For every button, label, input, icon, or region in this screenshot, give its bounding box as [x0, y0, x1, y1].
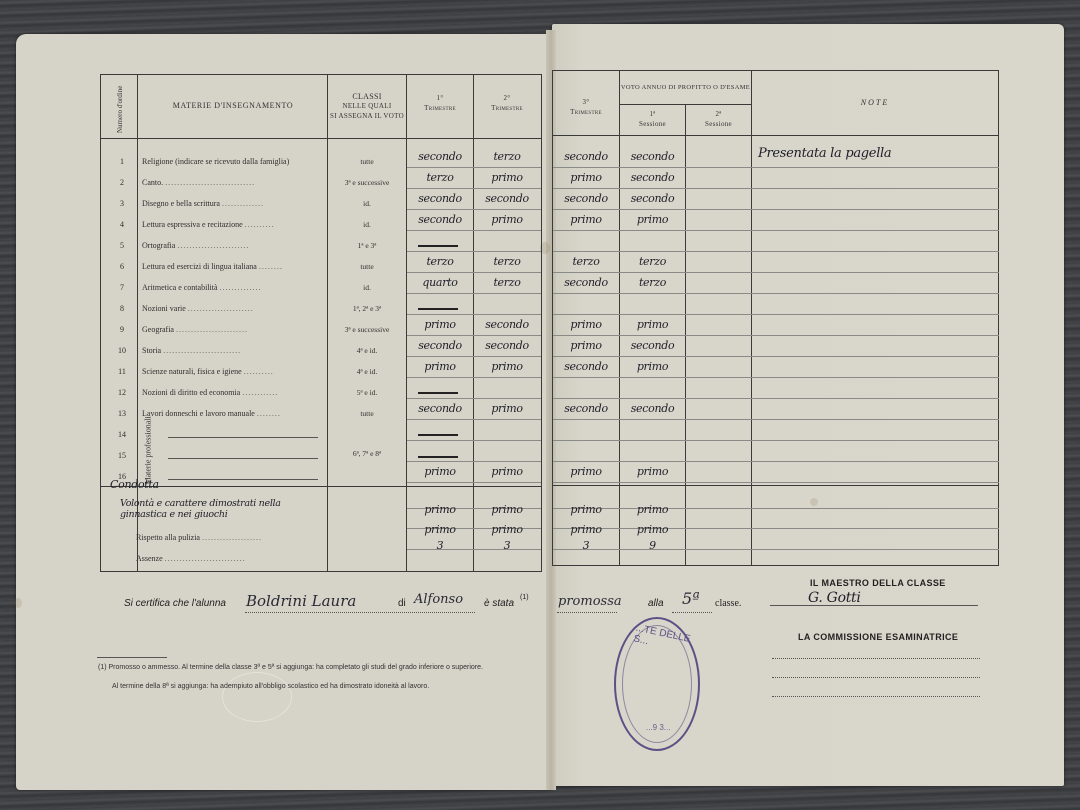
note-text: Presentata la pagella — [758, 146, 918, 161]
grade-t1: secondo — [407, 150, 473, 163]
header-note: NOTE — [752, 98, 998, 107]
header-numero: Numero d'ordine — [116, 77, 124, 133]
grade-t2: terzo — [474, 150, 540, 163]
maestro-label: IL MAESTRO DELLA CLASSE — [810, 578, 946, 588]
absences-t2: 3 — [474, 539, 540, 552]
volonta-handwritten: Volontà e carattere dimostrati nella gin… — [120, 498, 330, 520]
class-value: 5ª — [682, 589, 700, 608]
blank-grade-dash — [418, 434, 458, 436]
grade-s1: secondo — [620, 150, 685, 163]
header-voto-annuo: VOTO ANNUO DI PROFITTO O D'ESAME — [620, 83, 751, 92]
header-trim3: Trimestre — [553, 108, 619, 117]
embossed-seal — [222, 672, 292, 722]
absences-t1: 3 — [407, 539, 473, 552]
header-trim2: Trimestre — [474, 104, 540, 113]
header-materie: MATERIE D'INSEGNAMENTO — [140, 101, 326, 110]
absences-s1: 9 — [620, 539, 685, 552]
outcome: promossa — [558, 594, 622, 609]
commissione-label: LA COMMISSIONE ESAMINATRICE — [798, 632, 958, 642]
header-classi: CLASSI — [328, 92, 406, 101]
condotta-handwritten: Condotta — [110, 478, 180, 491]
materie-professionali-label: Materie professionali — [144, 425, 153, 485]
student-name: Boldrini Laura — [246, 592, 356, 610]
blank-grade-dash — [418, 308, 458, 310]
header-sess1: Sessione — [620, 120, 685, 129]
blank-grade-dash — [418, 245, 458, 247]
blank-grade-dash — [418, 392, 458, 394]
father-name: Alfonso — [414, 592, 463, 607]
school-stamp: ...TE DELLE S... ...9 3... — [614, 617, 700, 751]
maestro-signature: G. Gotti — [808, 590, 918, 606]
grade-t3: secondo — [553, 150, 619, 163]
header-trim1: Trimestre — [407, 104, 473, 113]
header-sess2: Sessione — [686, 120, 751, 129]
signature-line — [772, 677, 980, 678]
signature-line — [772, 696, 980, 697]
footnote-1: (1) Promosso o ammesso. Al termine della… — [98, 664, 483, 671]
footnote-2: Al termine della 8ª si aggiunga: ha adem… — [112, 683, 429, 690]
subject-name: Religione (indicare se ricevuto dalla fa… — [142, 152, 326, 172]
stain — [14, 598, 22, 608]
signature-line — [772, 658, 980, 659]
absences-t3: 3 — [553, 539, 619, 552]
blank-grade-dash — [418, 456, 458, 458]
